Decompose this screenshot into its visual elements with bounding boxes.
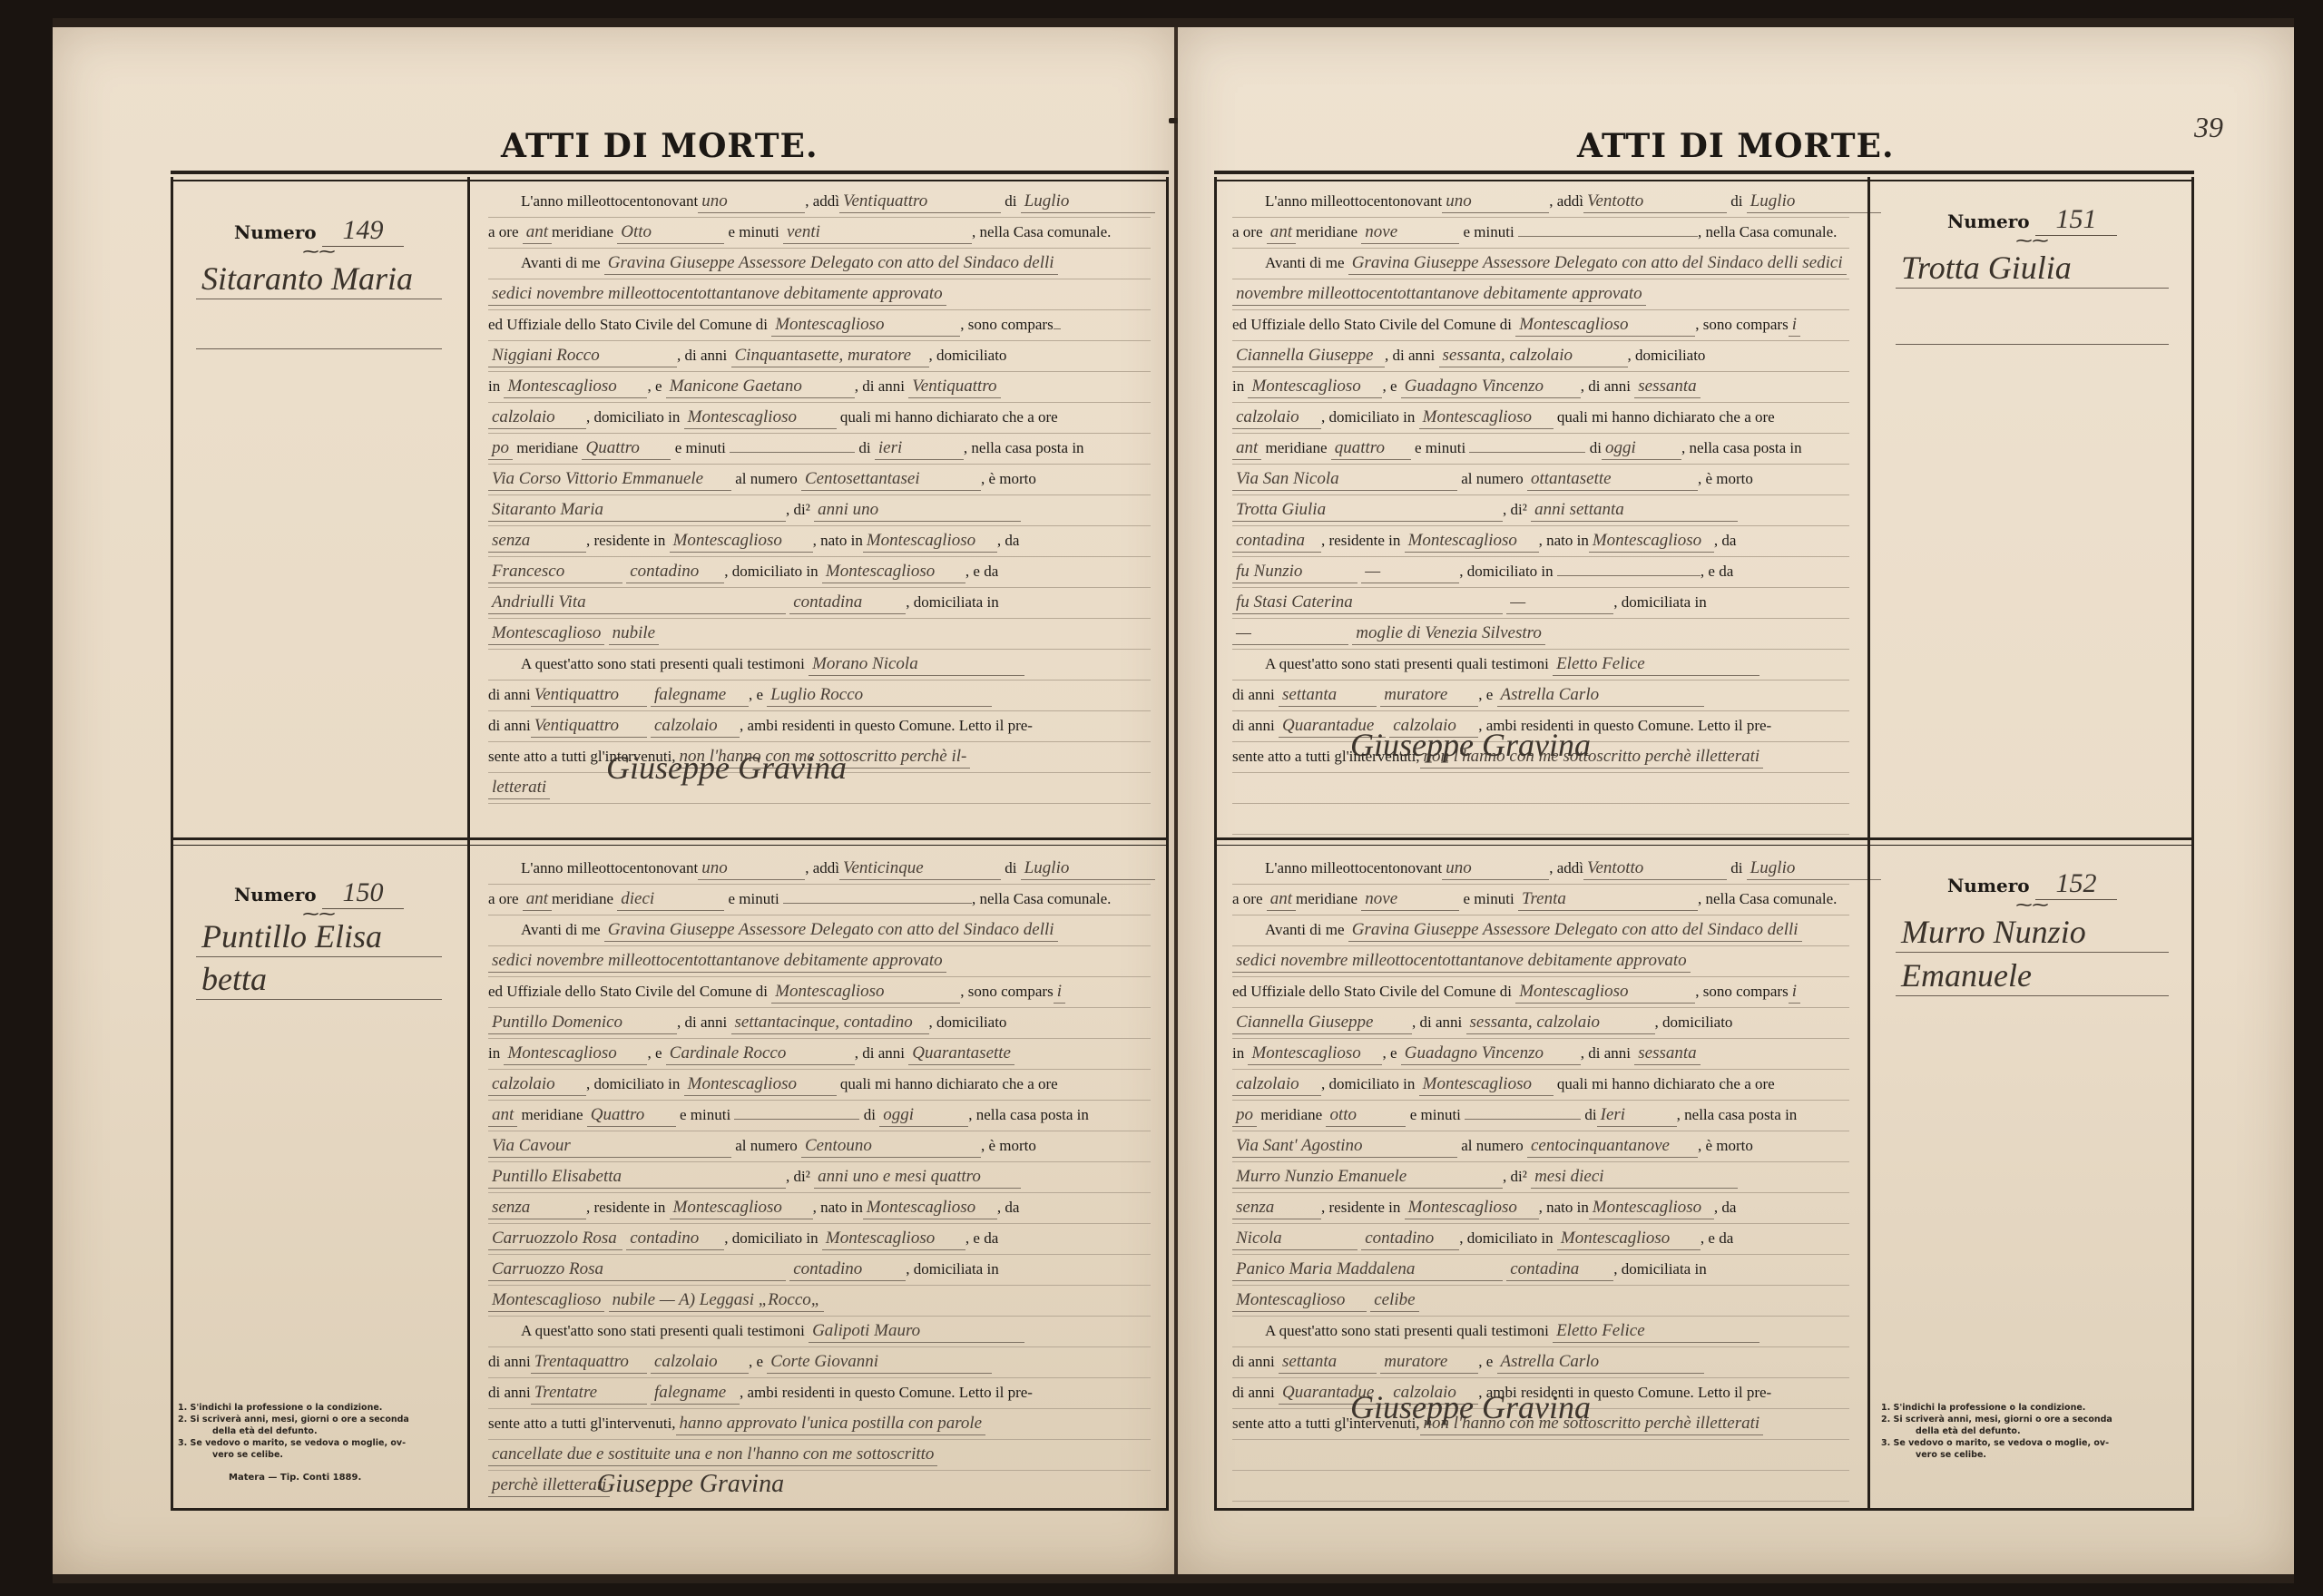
- record-149: L'anno milleottocentonovantuno, addìVent…: [470, 177, 1169, 839]
- record-152: L'anno milleottocentonovantuno, addìVent…: [1214, 844, 1867, 1511]
- footnotes: 1. S'indichi la professione o la condizi…: [1881, 1402, 2112, 1461]
- page-number: 39: [2194, 111, 2223, 144]
- record-151: L'anno milleottocentonovantuno, addìVent…: [1214, 177, 1867, 839]
- margin-name: Puntillo Elisa: [196, 916, 442, 957]
- margin-name: Trotta Giulia: [1896, 248, 2169, 289]
- margin-name-line-2: Emanuele: [1896, 955, 2169, 996]
- margin-name: Sitaranto Maria: [196, 259, 442, 299]
- printer-imprint: Matera — Tip. Conti 1889.: [229, 1473, 361, 1483]
- margin-name-line-2: [196, 308, 442, 349]
- footnotes: 1. S'indichi la professione o la condizi…: [178, 1402, 409, 1461]
- register-book: ATTI DI MORTE. Numero 149 ⁓⁓ Sitaranto M…: [53, 18, 2294, 1583]
- margin-name: Murro Nunzio: [1896, 912, 2169, 953]
- margin-name-line-2: [1896, 304, 2169, 345]
- signature: Giuseppe Gravina: [606, 749, 847, 787]
- signature: Giuseppe Gravina: [1350, 1388, 1591, 1426]
- signature: Giuseppe Gravina: [1350, 726, 1591, 764]
- signature: Giuseppe Gravina: [597, 1470, 784, 1499]
- margin-name-line-2: betta: [196, 959, 442, 1000]
- row-divider: [171, 837, 470, 846]
- page-title-left: ATTI DI MORTE.: [501, 127, 818, 165]
- right-margin-column: Numero 151 ⁓⁓ Trotta Giulia Numero 152 ⁓…: [1867, 177, 2194, 1511]
- left-page: ATTI DI MORTE. Numero 149 ⁓⁓ Sitaranto M…: [53, 27, 1178, 1574]
- record-150: L'anno milleottocentonovantuno, addìVent…: [470, 844, 1169, 1511]
- left-margin-column: Numero 149 ⁓⁓ Sitaranto Maria Numero 150…: [171, 177, 470, 1511]
- right-page: ATTI DI MORTE. 39 L'anno milleottocenton…: [1178, 27, 2294, 1574]
- page-title-right: ATTI DI MORTE.: [1577, 127, 1894, 165]
